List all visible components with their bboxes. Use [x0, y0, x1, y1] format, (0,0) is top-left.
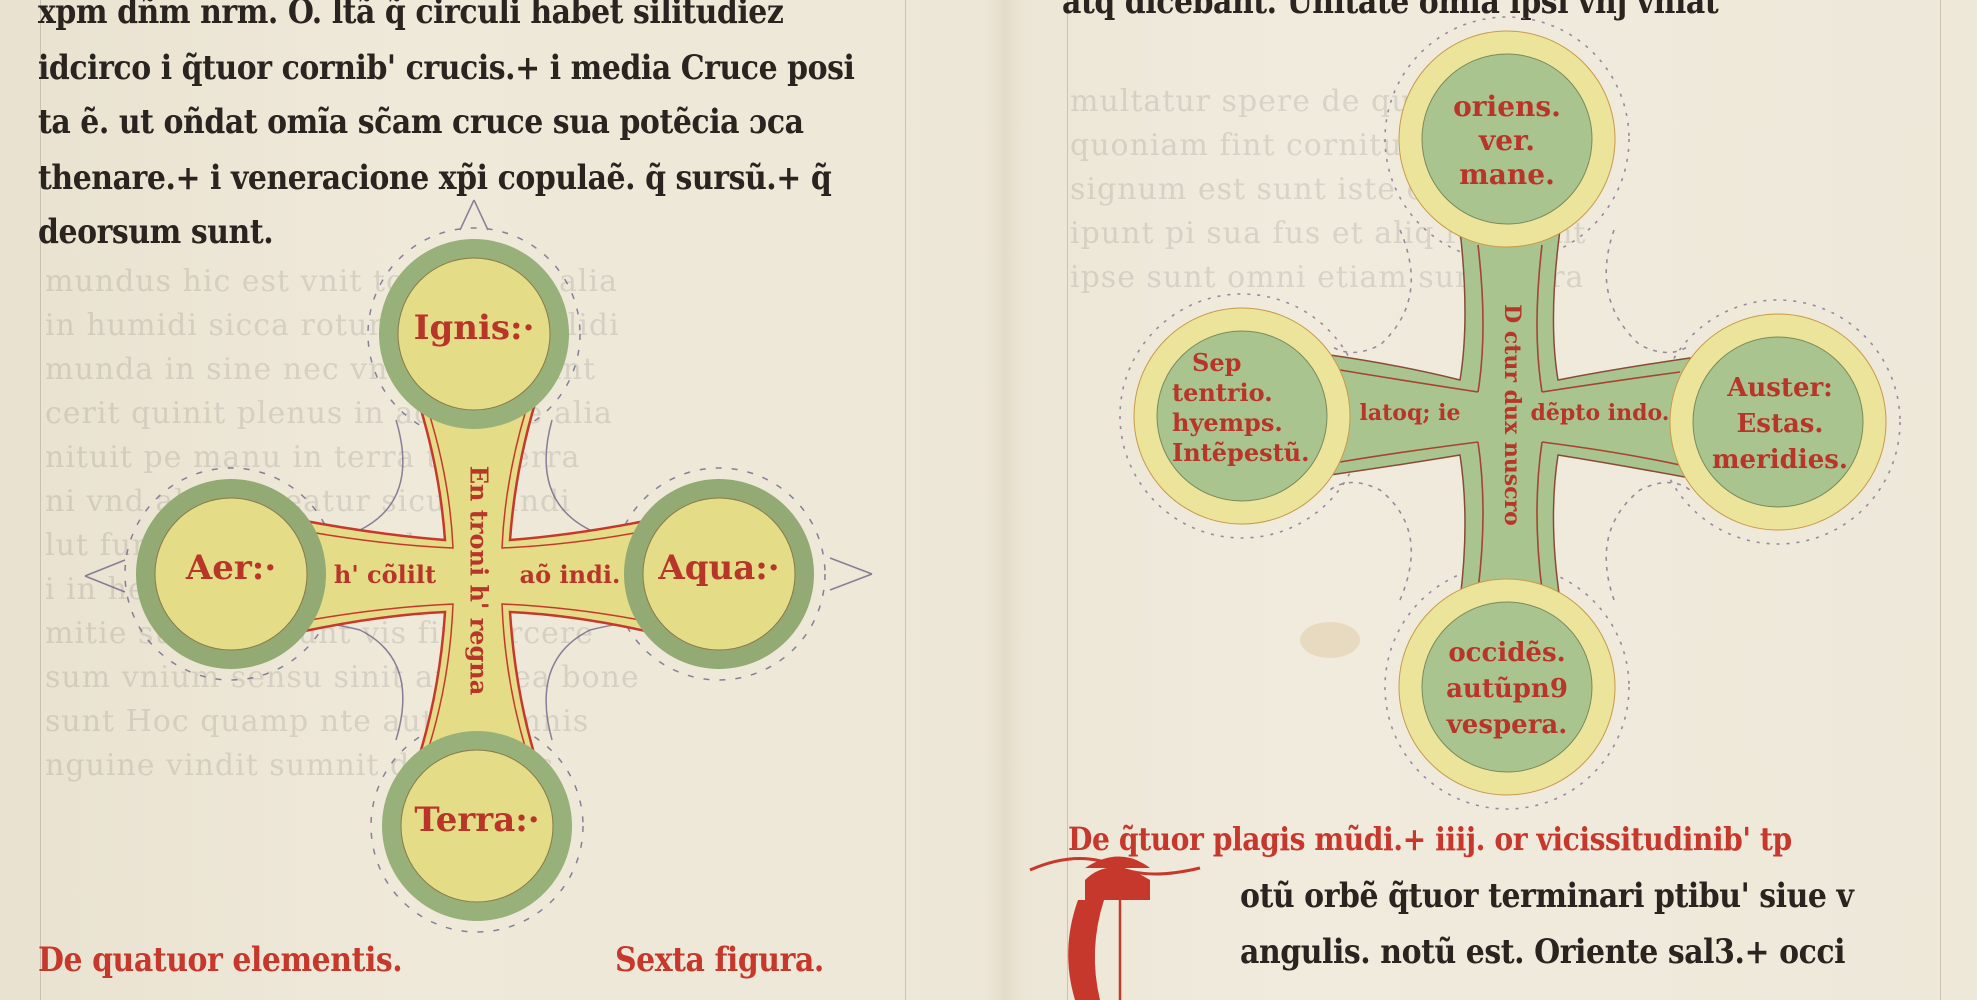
circle-label-occidens: occidẽs. autũpn9 vespera. [1432, 635, 1582, 743]
arm-label-right: dẽpto indo. [1520, 400, 1680, 426]
caption-elements: De quatuor elementis. [38, 940, 402, 980]
circle-label-ignis: Ignis:· [404, 308, 544, 348]
circle-label-septentrio: Sep tentrio. hyemps. Intẽpestũ. [1172, 348, 1322, 468]
arm-label-left: latoq; ie [1345, 400, 1475, 426]
arm-label-vertical: D ctur dux nuscro [1499, 295, 1525, 535]
caption-figure-number: Sexta figura. [615, 940, 824, 980]
arm-label-left: h' cõlilt [330, 560, 440, 589]
circle-label-aqua: Aqua:· [649, 548, 789, 588]
section-heading: De q̃tuor plagis mũdi.+ iiij. or vicissi… [1068, 820, 1792, 858]
arm-label-vertical: En troni h' regna [465, 456, 494, 706]
circle-label-oriens: oriens. ver. mane. [1437, 90, 1577, 192]
drop-cap-t [1030, 857, 1200, 1000]
circle-label-terra: Terra:· [407, 800, 547, 840]
body-text-line: otũ orbẽ q̃tuor terminari ptibu' siue v [1240, 876, 1853, 916]
arm-label-right: aõ indi. [510, 560, 630, 589]
circle-label-auster: Auster: Estas. meridies. [1705, 370, 1855, 478]
circle-label-aer: Aer:· [161, 548, 301, 588]
body-text-line: angulis. notũ est. Oriente sal3.+ occi [1240, 932, 1845, 972]
